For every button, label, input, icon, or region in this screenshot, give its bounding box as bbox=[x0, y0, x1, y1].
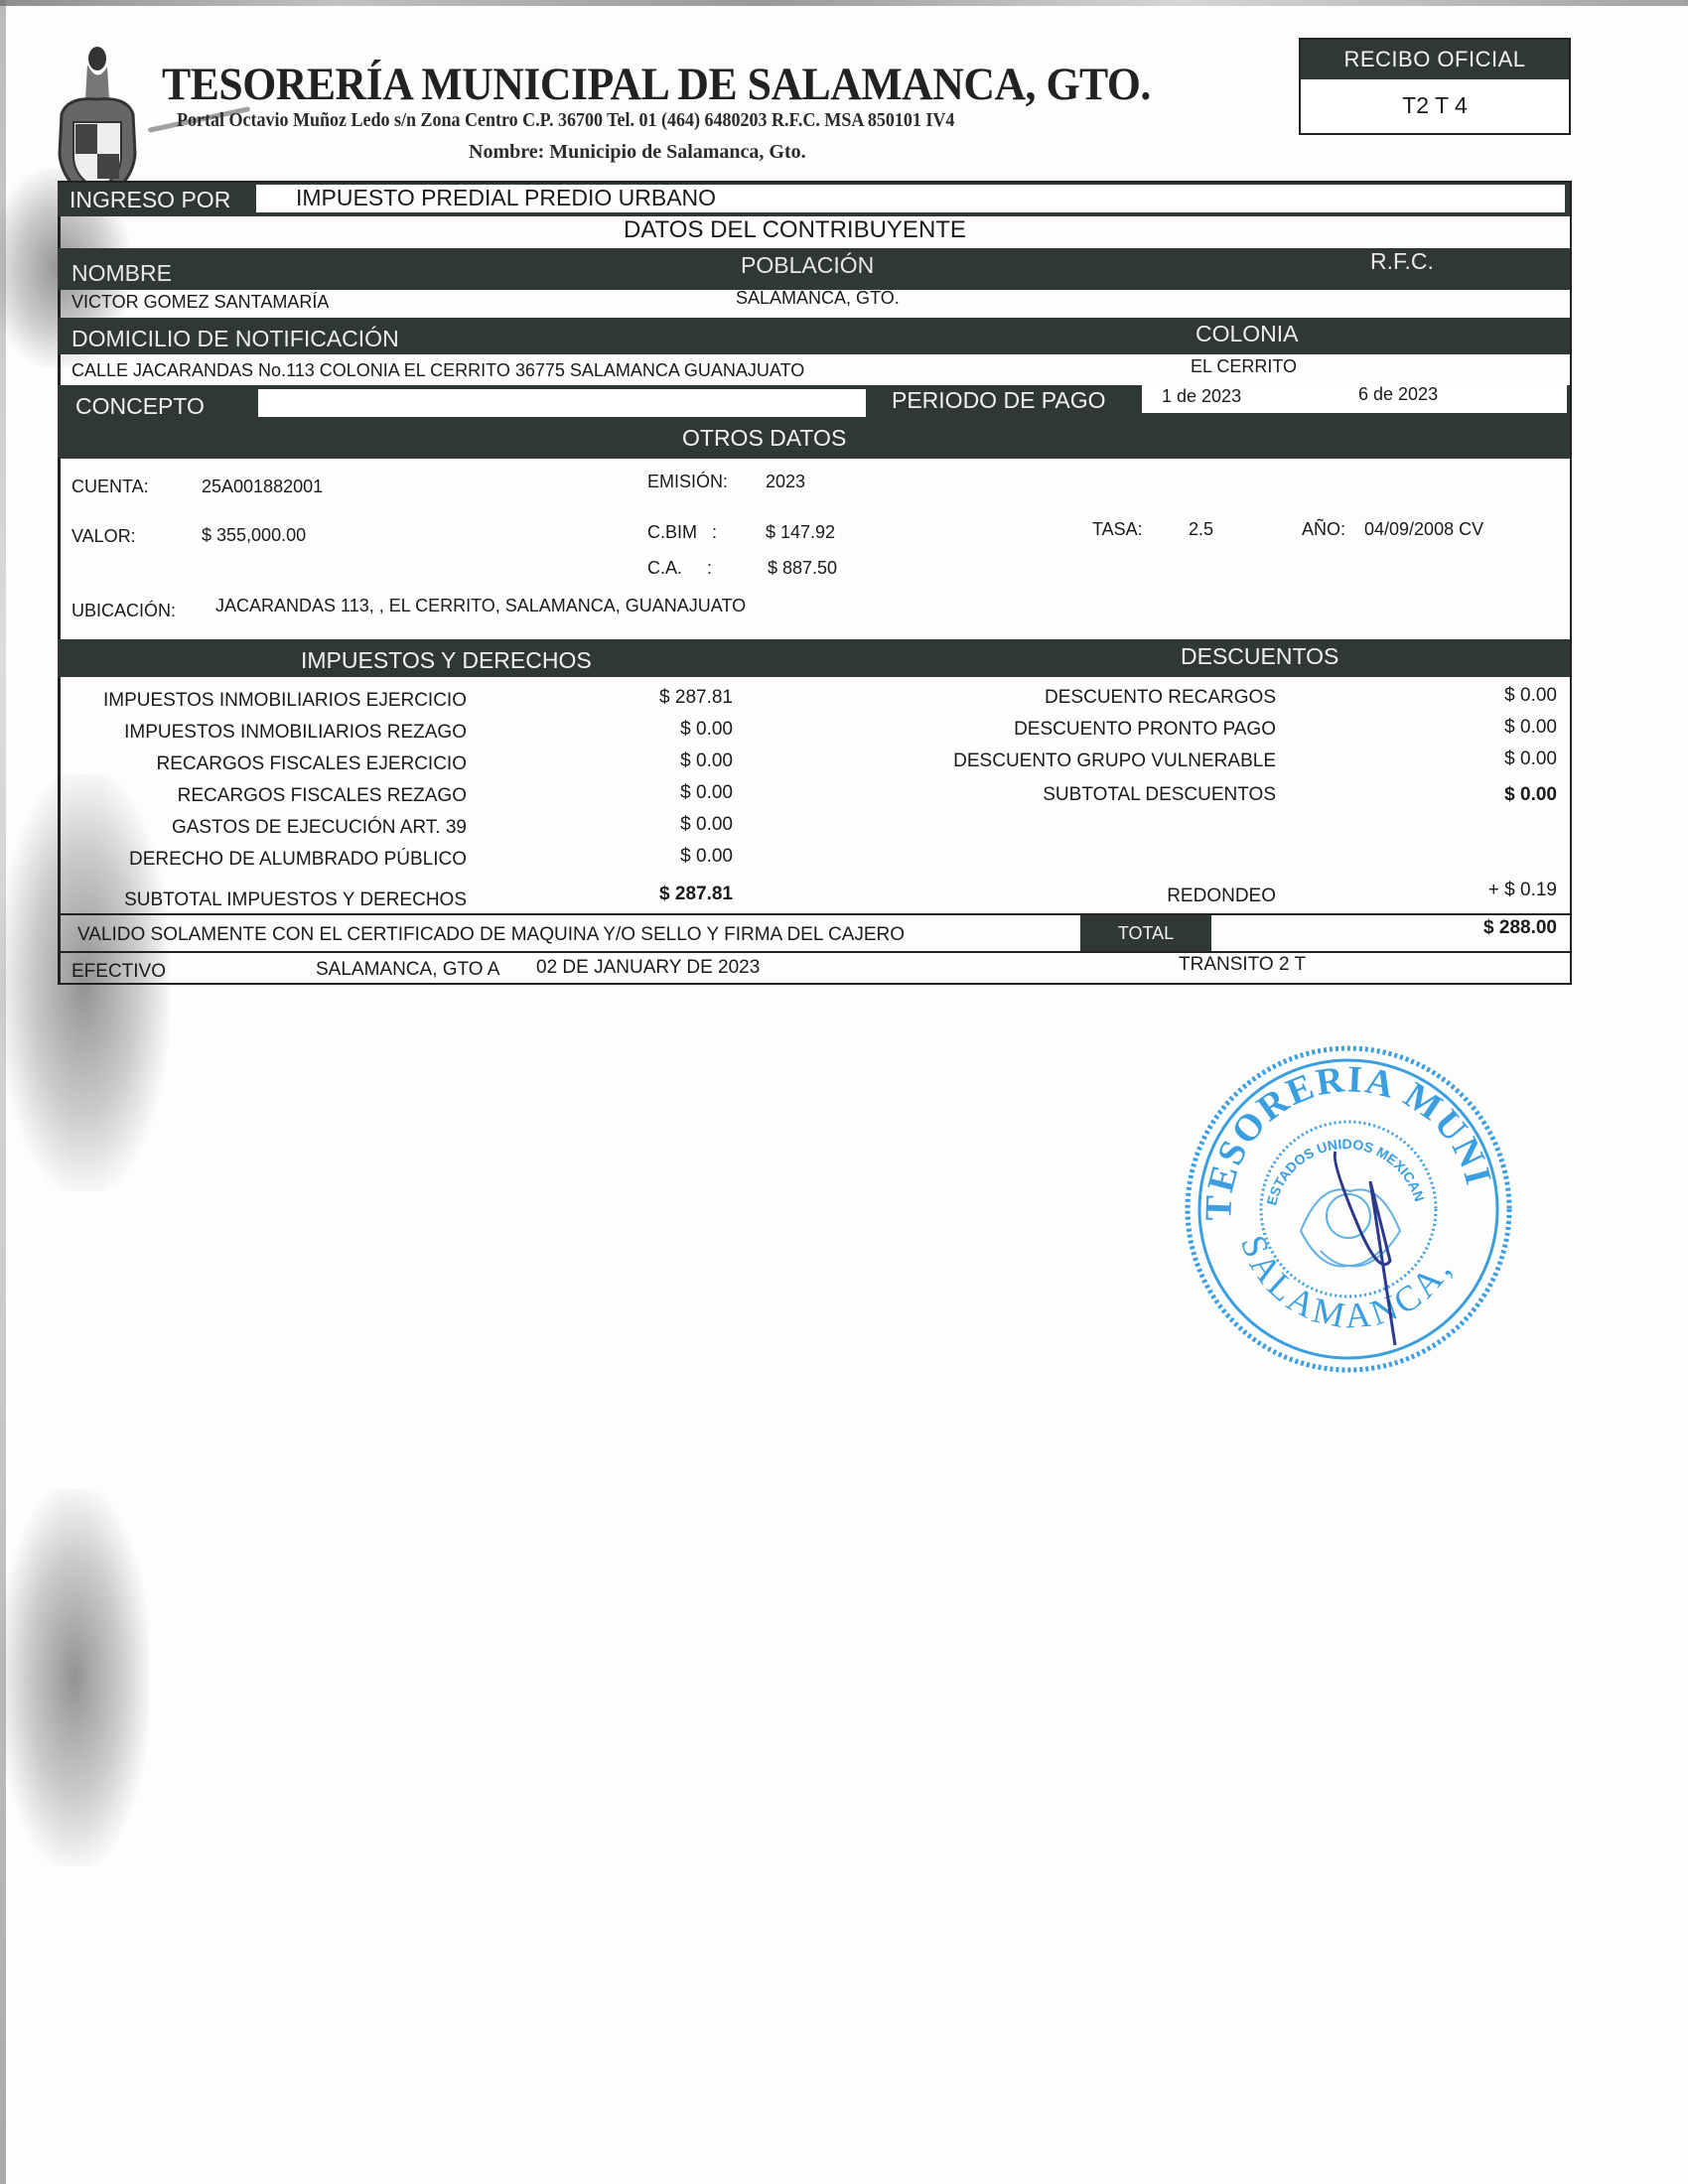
impuestos-descuentos-header bbox=[58, 639, 1570, 677]
descuentos-subtotal-label: SUBTOTAL DESCUENTOS bbox=[894, 784, 1276, 806]
impuestos-subtotal-label: SUBTOTAL IMPUESTOS Y DERECHOS bbox=[60, 889, 467, 911]
ingreso-label: INGRESO POR bbox=[70, 187, 230, 213]
nombre-value: VICTOR GOMEZ SANTAMARÍA bbox=[71, 292, 329, 313]
periodo-hasta: 6 de 2023 bbox=[1358, 384, 1438, 405]
periodo-label: PERIODO DE PAGO bbox=[892, 387, 1106, 414]
total-label: TOTAL bbox=[1080, 915, 1211, 951]
otros-datos-section-title: OTROS DATOS bbox=[682, 425, 846, 452]
page-title: TESORERÍA MUNICIPAL DE SALAMANCA, GTO. bbox=[162, 58, 1151, 111]
svg-text:TESORERIA MUNICIPAL: TESORERIA MUNICIPAL bbox=[1172, 1032, 1499, 1221]
impuesto-item-amount: $ 0.00 bbox=[596, 846, 733, 868]
descuento-item-amount: $ 0.00 bbox=[1420, 717, 1557, 739]
receipt-number: T2 T 4 bbox=[1301, 79, 1569, 131]
anio-value: 04/09/2008 CV bbox=[1364, 519, 1483, 540]
official-seal-stamp: TESORERIA MUNICIPAL SALAMANCA, GTO. ESTA… bbox=[1172, 1032, 1519, 1380]
impuestos-section-title: IMPUESTOS Y DERECHOS bbox=[301, 647, 592, 674]
impuesto-item-amount: $ 0.00 bbox=[596, 751, 733, 772]
impuesto-item-amount: $ 0.00 bbox=[596, 782, 733, 804]
impuestos-subtotal-amount: $ 287.81 bbox=[596, 884, 733, 905]
contribuyente-section-title: DATOS DEL CONTRIBUYENTE bbox=[624, 216, 966, 244]
payment-date: 02 DE JANUARY DE 2023 bbox=[536, 957, 760, 979]
tasa-label: TASA: bbox=[1092, 519, 1143, 540]
redondeo-label: REDONDEO bbox=[993, 886, 1276, 907]
receipt-label: RECIBO OFICIAL bbox=[1301, 40, 1569, 79]
colonia-value: EL CERRITO bbox=[1191, 356, 1297, 377]
descuento-item-amount: $ 0.00 bbox=[1420, 685, 1557, 707]
descuento-item-label: DESCUENTO GRUPO VULNERABLE bbox=[894, 751, 1276, 772]
domicilio-label: DOMICILIO DE NOTIFICACIÓN bbox=[71, 326, 399, 352]
place: SALAMANCA, GTO A bbox=[316, 959, 499, 981]
valor-value: $ 355,000.00 bbox=[202, 525, 306, 546]
colonia-label: COLONIA bbox=[1196, 321, 1299, 347]
impuesto-item-label: RECARGOS FISCALES REZAGO bbox=[60, 785, 467, 807]
descuentos-section-title: DESCUENTOS bbox=[1181, 643, 1338, 670]
divider bbox=[58, 913, 1570, 915]
poblacion-value: SALAMANCA, GTO. bbox=[736, 288, 900, 309]
domicilio-value: CALLE JACARANDAS No.113 COLONIA EL CERRI… bbox=[71, 360, 804, 381]
concepto-label: CONCEPTO bbox=[75, 393, 205, 420]
divider bbox=[58, 951, 1570, 953]
descuento-item-amount: $ 0.00 bbox=[1420, 749, 1557, 770]
validity-note: VALIDO SOLAMENTE CON EL CERTIFICADO DE M… bbox=[77, 924, 905, 946]
rfc-label: R.F.C. bbox=[1370, 248, 1434, 275]
impuesto-item-label: DERECHO DE ALUMBRADO PÚBLICO bbox=[60, 849, 467, 871]
poblacion-label: POBLACIÓN bbox=[741, 252, 874, 279]
nombre-label: NOMBRE bbox=[71, 260, 172, 287]
impuesto-item-label: IMPUESTOS INMOBILIARIOS REZAGO bbox=[60, 722, 467, 744]
ca-label: C.A. : bbox=[647, 558, 712, 579]
descuentos-subtotal-amount: $ 0.00 bbox=[1420, 784, 1557, 806]
ubicacion-value: JACARANDAS 113, , EL CERRITO, SALAMANCA,… bbox=[215, 596, 746, 616]
issuer-address: Portal Octavio Muñoz Ledo s/n Zona Centr… bbox=[177, 109, 954, 132]
descuento-item-label: DESCUENTO RECARGOS bbox=[894, 687, 1276, 709]
concepto-value-box bbox=[258, 389, 866, 417]
issuer-name: Nombre: Municipio de Salamanca, Gto. bbox=[469, 141, 806, 164]
redondeo-amount: + $ 0.19 bbox=[1420, 880, 1557, 901]
cbim-label: C.BIM : bbox=[647, 522, 717, 543]
descuento-item-label: DESCUENTO PRONTO PAGO bbox=[894, 719, 1276, 741]
cashier: TRANSITO 2 T bbox=[1179, 954, 1306, 976]
cuenta-label: CUENTA: bbox=[71, 477, 149, 497]
ca-value: $ 887.50 bbox=[768, 558, 837, 579]
periodo-desde: 1 de 2023 bbox=[1162, 386, 1241, 407]
impuesto-item-label: GASTOS DE EJECUCIÓN ART. 39 bbox=[60, 817, 467, 839]
impuesto-item-label: RECARGOS FISCALES EJERCICIO bbox=[60, 753, 467, 775]
emision-value: 2023 bbox=[766, 472, 805, 492]
impuesto-item-amount: $ 287.81 bbox=[596, 687, 733, 709]
emision-label: EMISIÓN: bbox=[647, 472, 728, 492]
scan-edge-artifact bbox=[0, 0, 1688, 6]
anio-label: AÑO: bbox=[1302, 519, 1345, 540]
payment-method: EFECTIVO bbox=[71, 961, 166, 983]
cbim-value: $ 147.92 bbox=[766, 522, 835, 543]
impuesto-item-amount: $ 0.00 bbox=[596, 814, 733, 836]
tasa-value: 2.5 bbox=[1189, 519, 1213, 540]
total-amount: $ 288.00 bbox=[1420, 917, 1557, 939]
ubicacion-label: UBICACIÓN: bbox=[71, 601, 176, 621]
valor-label: VALOR: bbox=[71, 526, 136, 547]
cuenta-value: 25A001882001 bbox=[202, 477, 323, 497]
receipt-number-box: RECIBO OFICIAL T2 T 4 bbox=[1299, 38, 1571, 135]
impuesto-item-label: IMPUESTOS INMOBILIARIOS EJERCICIO bbox=[60, 690, 467, 712]
stamp-top-text: TESORERIA MUNICIPAL bbox=[1172, 1032, 1499, 1221]
impuesto-item-amount: $ 0.00 bbox=[596, 719, 733, 741]
ingreso-value: IMPUESTO PREDIAL PREDIO URBANO bbox=[296, 185, 716, 211]
scan-smudge bbox=[0, 1489, 149, 1866]
